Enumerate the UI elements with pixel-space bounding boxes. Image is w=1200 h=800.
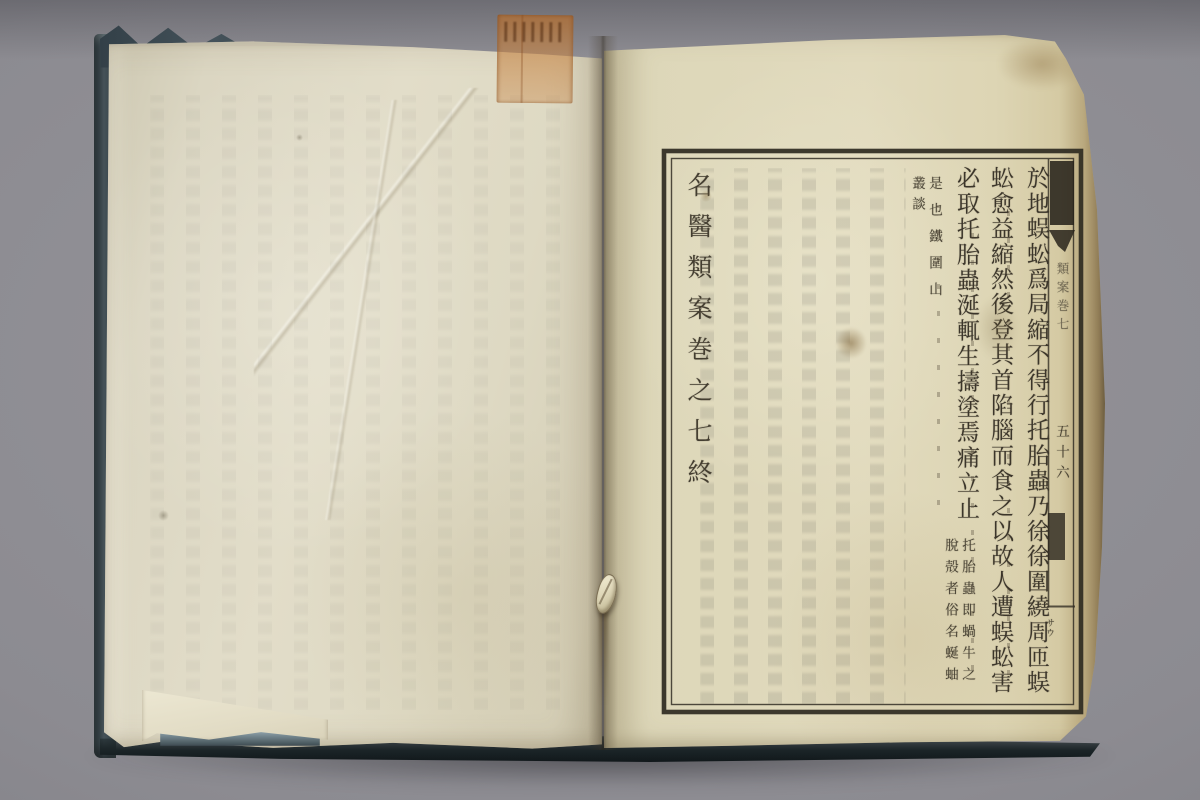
paper-spot bbox=[158, 510, 169, 521]
reading-marks bbox=[1007, 205, 1010, 675]
corner-stain bbox=[997, 38, 1087, 90]
left-page bbox=[104, 40, 602, 750]
book-photo: 名醫類案巻之七終 於地蜈蚣爲局縮不得行托胎蟲乃徐徐圍繞周匝蜈 蚣愈益縮然後登其首… bbox=[0, 0, 1200, 800]
smudge-stain bbox=[975, 295, 1019, 361]
source-note-left: 叢談 bbox=[907, 176, 927, 246]
paper-tag bbox=[497, 15, 574, 104]
furigana-label: サウ bbox=[1044, 618, 1057, 638]
running-title: 類案巻七 bbox=[1055, 262, 1071, 336]
reading-marks bbox=[971, 215, 974, 670]
source-note-right: 是也鐵圍山 bbox=[924, 176, 944, 338]
page-number: 五十六 bbox=[1051, 424, 1071, 486]
paper-spot bbox=[296, 134, 303, 141]
binding-twist-shadow bbox=[599, 610, 608, 705]
text-column-3: 必取托胎蟲涎輒生擣塗焉痛立止 bbox=[950, 166, 983, 546]
interlinear-note-right: 托胎蟲即蝸牛之 bbox=[957, 538, 977, 710]
text-column-2: 蚣愈益縮然後登其首陷腦而食之以故人遭蜈蚣害 bbox=[984, 166, 1017, 714]
text-show-through bbox=[150, 95, 570, 710]
ink-stain bbox=[836, 326, 866, 360]
reading-marks bbox=[937, 205, 940, 505]
ink-stain bbox=[700, 190, 712, 202]
volume-end-title: 名醫類案巻之七終 bbox=[679, 172, 715, 532]
interlinear-note-left: 脫殻者俗名蜒蚰 bbox=[940, 538, 960, 710]
margin-ornament-block bbox=[1050, 161, 1074, 225]
